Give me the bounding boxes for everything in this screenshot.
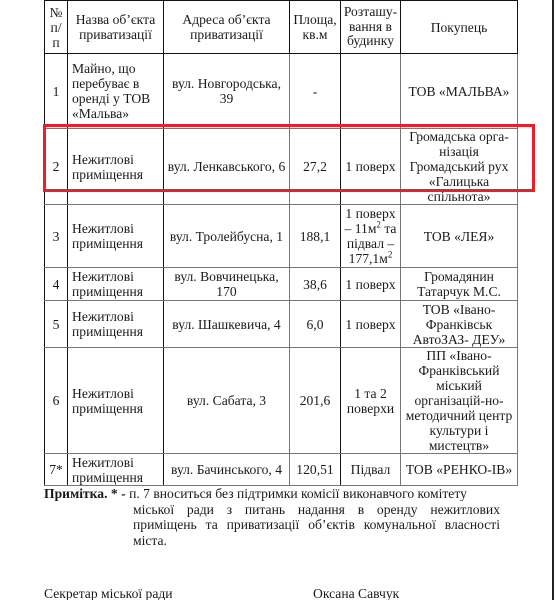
table-row: 7* Нежитлові приміщення вул. Бачинського… <box>45 454 518 486</box>
table-row: 3 Нежитлові приміщення вул. Тролейбусна,… <box>45 205 518 268</box>
cell-area: 120,51 <box>290 454 341 486</box>
cell-buyer: ТОВ «ЛЕЯ» <box>401 205 518 268</box>
cell-area: 38,6 <box>290 268 341 301</box>
header-buyer: Покупець <box>401 1 518 54</box>
header-name: Назва об’єкта приватизації <box>68 1 164 54</box>
cell-area: 27,2 <box>290 129 341 205</box>
cell-address: вул. Шашкевича, 4 <box>164 301 290 348</box>
cell-num: 5 <box>45 301 68 348</box>
cell-address: вул. Новгородська, 39 <box>164 54 290 129</box>
table-row: 5 Нежитлові приміщення вул. Шашкевича, 4… <box>45 301 518 348</box>
cell-num: 7* <box>45 454 68 486</box>
cell-name: Нежитлові приміщення <box>68 268 164 301</box>
cell-location: 1 та 2 поверхи <box>341 348 401 454</box>
cell-area: - <box>290 54 341 129</box>
cell-location: 1 поверх <box>341 301 401 348</box>
cell-address: вул. Бачинського, 4 <box>164 454 290 486</box>
cell-name: Нежитлові приміщення <box>68 129 164 205</box>
cell-location: 1 поверх <box>341 268 401 301</box>
header-address: Адреса об’єкта приватизації <box>164 1 290 54</box>
header-num: № п/п <box>45 1 68 54</box>
cell-num: 2 <box>45 129 68 205</box>
cell-address: вул. Тролейбусна, 1 <box>164 205 290 268</box>
footnote-label: Примітка. <box>44 486 108 501</box>
cell-name: Нежитлові приміщення <box>68 348 164 454</box>
cell-area: 188,1 <box>290 205 341 268</box>
cell-location: Підвал <box>341 454 401 486</box>
cell-num: 4 <box>45 268 68 301</box>
cell-address: вул. Вовчинецька, 170 <box>164 268 290 301</box>
table-row: 4 Нежитлові приміщення вул. Вовчинецька,… <box>45 268 518 301</box>
superscript: 2 <box>388 249 393 259</box>
cell-name: Нежитлові приміщення <box>68 454 164 486</box>
cell-num: 3 <box>45 205 68 268</box>
header-area: Площа, кв.м <box>290 1 341 54</box>
footnote: Примітка. * - п. 7 вноситься без підтрим… <box>44 486 500 548</box>
table-row: 6 Нежитлові приміщення вул. Сабата, 3 20… <box>45 348 518 454</box>
footnote-text-first: п. 7 вноситься без підтримки комісії вик… <box>129 486 467 501</box>
signature-position: Секретар міської ради <box>44 586 173 600</box>
cell-buyer: Громадянин Татарчук М.С. <box>401 268 518 301</box>
signature-name: Оксана Савчук <box>313 586 399 600</box>
cell-area: 201,6 <box>290 348 341 454</box>
header-location: Розташу-вання в будинку <box>341 1 401 54</box>
cell-name: Нежитлові приміщення <box>68 301 164 348</box>
cell-location: 1 поверх – 11м2 та підвал – 177,1м2 <box>341 205 401 268</box>
cell-name: Майно, що перебуває в оренді у ТОВ «Маль… <box>68 54 164 129</box>
cell-buyer: ТОВ «Івано-Франківськ АвтоЗАЗ- ДЕУ» <box>401 301 518 348</box>
cell-num: 1 <box>45 54 68 129</box>
cell-location: 1 поверх <box>341 129 401 205</box>
table-header-row: № п/п Назва об’єкта приватизації Адреса … <box>45 1 518 54</box>
cell-location <box>341 54 401 129</box>
cell-area: 6,0 <box>290 301 341 348</box>
footnote-first-line: Примітка. * - п. 7 вноситься без підтрим… <box>44 486 500 502</box>
cell-address: вул. Сабата, 3 <box>164 348 290 454</box>
table-row: 1 Майно, що перебуває в оренді у ТОВ «Ма… <box>45 54 518 129</box>
footnote-marker: * - <box>111 486 126 501</box>
cell-address: вул. Ленкавського, 6 <box>164 129 290 205</box>
cell-num: 6 <box>45 348 68 454</box>
cell-buyer: ПП «Івано-Франківський міський організац… <box>401 348 518 454</box>
table-row-highlighted: 2 Нежитлові приміщення вул. Ленкавського… <box>45 129 518 205</box>
cell-buyer: ТОВ «РЕНКО-ІВ» <box>401 454 518 486</box>
footnote-text-rest: міської ради з питань надання в оренду н… <box>133 502 500 549</box>
cell-buyer: Громадська орга-нізація Громадський рух … <box>401 129 518 205</box>
privatization-table: № п/п Назва об’єкта приватизації Адреса … <box>44 0 518 486</box>
cell-buyer: ТОВ «МАЛЬВА» <box>401 54 518 129</box>
cell-name: Нежитлові приміщення <box>68 205 164 268</box>
page-edge <box>552 0 554 600</box>
